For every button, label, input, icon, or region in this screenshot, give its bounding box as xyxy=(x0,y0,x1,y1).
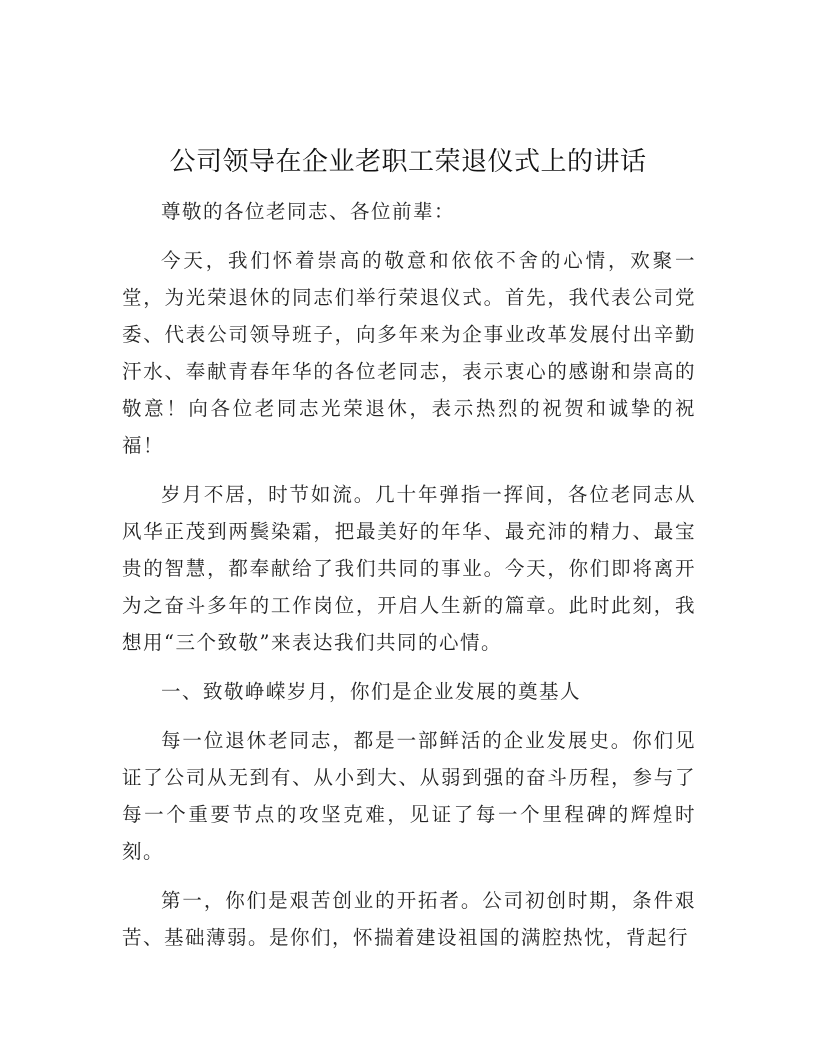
document-title: 公司领导在企业老职工荣退仪式上的讲话 xyxy=(0,141,816,178)
paragraph: 今天，我们怀着崇高的敬意和依依不舍的心情，欢聚一堂，为光荣退休的同志们举行荣退仪… xyxy=(122,242,696,464)
document-page: 公司领导在企业老职工荣退仪式上的讲话 尊敬的各位老同志、各位前辈： 今天，我们怀… xyxy=(0,0,816,1056)
paragraph: 每一位退休老同志，都是一部鲜活的企业发展史。你们见证了公司从无到有、从小到大、从… xyxy=(122,722,696,870)
paragraph: 第一，你们是艰苦创业的开拓者。公司初创时期，条件艰苦、基础薄弱。是你们，怀揣着建… xyxy=(122,882,696,956)
section-heading: 一、致敬峥嵘岁月，你们是企业发展的奠基人 xyxy=(122,673,696,710)
paragraph: 岁月不居，时节如流。几十年弹指一挥间，各位老同志从风华正茂到两鬓染霜，把最美好的… xyxy=(122,476,696,661)
salutation: 尊敬的各位老同志、各位前辈： xyxy=(122,193,696,230)
document-body: 尊敬的各位老同志、各位前辈： 今天，我们怀着崇高的敬意和依依不舍的心情，欢聚一堂… xyxy=(122,193,696,956)
